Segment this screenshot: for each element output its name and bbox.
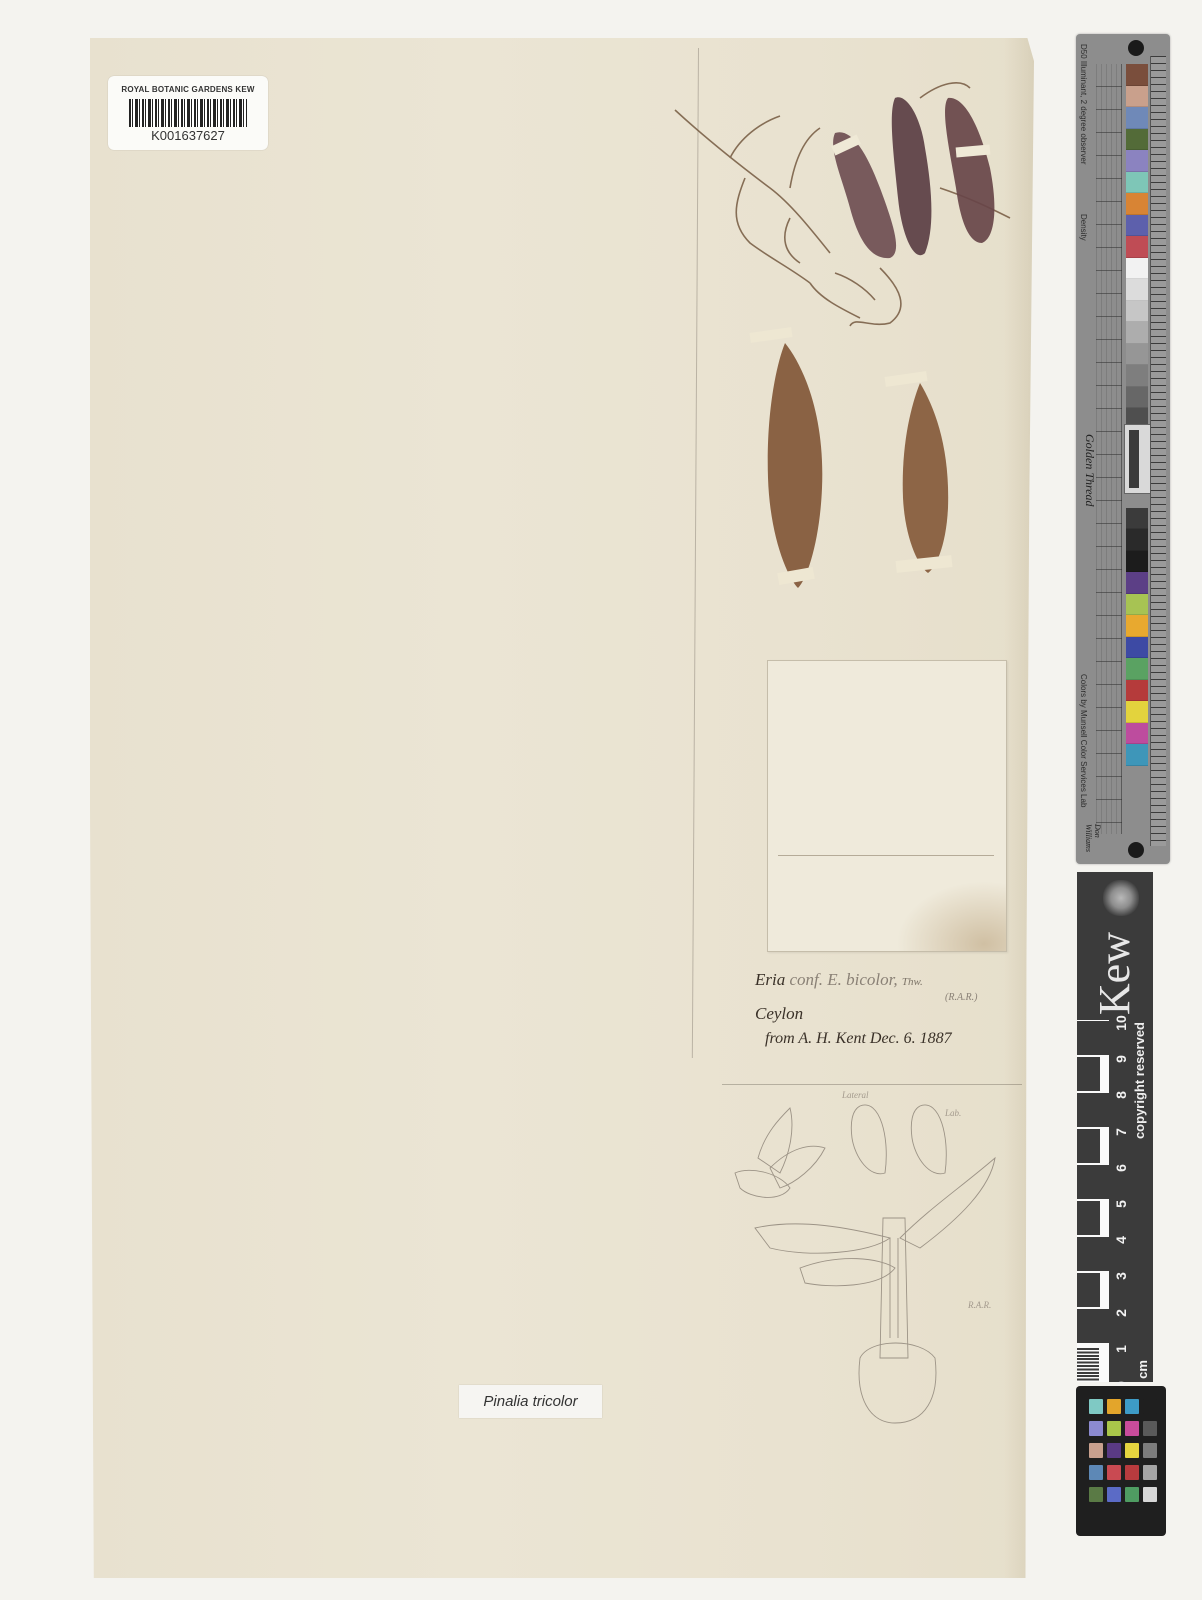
color-chip <box>1089 1421 1103 1436</box>
color-swatch <box>1126 637 1148 659</box>
color-swatch <box>1126 150 1148 172</box>
color-chip <box>1143 1465 1157 1480</box>
color-calibration-chart: D50 Illuminant, 2 degree observer Densit… <box>1076 34 1170 864</box>
color-chip <box>1089 1399 1103 1414</box>
sketch-note-lab: Lab. <box>945 1108 961 1118</box>
scale-subsegment <box>1100 1165 1109 1199</box>
scale-segment <box>1077 1200 1100 1236</box>
color-swatch <box>1126 322 1148 344</box>
scale-number: 9 <box>1113 1051 1129 1067</box>
collector-line: from A. H. Kent Dec. 6. 1887 <box>755 1030 1035 1048</box>
color-chip <box>1089 1465 1103 1480</box>
sheet-edge-shadow <box>1004 38 1034 1578</box>
color-chip <box>1107 1465 1121 1480</box>
color-swatch <box>1126 744 1148 766</box>
scale-segment <box>1077 1164 1100 1200</box>
locality: Ceylon <box>755 1004 1035 1024</box>
millimetre-ticks <box>1077 1348 1099 1382</box>
scale-number: 4 <box>1113 1232 1129 1248</box>
sketch-initials: R.A.R. <box>968 1300 991 1310</box>
chart-focus-bar <box>1129 430 1139 488</box>
color-chip <box>1107 1487 1121 1502</box>
determination-name: Eria conf. E. bicolor, Thw. <box>755 970 1035 990</box>
scale-number: 10 <box>1113 1015 1129 1031</box>
fragment-packet[interactable] <box>767 660 1007 952</box>
color-swatch <box>1126 236 1148 258</box>
pencil-ruled-line-horizontal <box>722 1084 1022 1085</box>
determination-genus: Eria <box>755 970 785 989</box>
color-swatch <box>1126 701 1148 723</box>
color-swatch <box>1126 387 1148 409</box>
scale-unit: cm <box>1135 1360 1150 1379</box>
packet-stain <box>896 881 1006 951</box>
chart-data-columns <box>1096 64 1122 834</box>
chart-focus-target <box>1124 424 1152 494</box>
scale-subsegment <box>1100 1021 1109 1055</box>
color-swatch <box>1126 258 1148 280</box>
chart-caption-density: Density <box>1079 214 1088 241</box>
scale-segment <box>1077 1128 1100 1164</box>
color-swatch <box>1126 680 1148 702</box>
pencil-ruled-line-vertical <box>692 48 699 1058</box>
centimetre-scale <box>1077 1020 1109 1382</box>
color-chip <box>1125 1487 1139 1502</box>
color-chip <box>1143 1421 1157 1436</box>
leaf-icon <box>750 327 953 588</box>
determination-authority: Thw. <box>902 976 923 988</box>
color-swatch <box>1126 344 1148 366</box>
chart-hole-bottom-icon <box>1128 842 1144 858</box>
kew-scale-bar: Kew copyright reserved 012345678910 cm <box>1077 872 1153 1382</box>
chart-ruler <box>1150 56 1166 846</box>
color-swatch <box>1126 193 1148 215</box>
color-swatch <box>1126 64 1148 86</box>
barcode-icon <box>129 99 247 127</box>
institution-name: ROYAL BOTANIC GARDENS KEW <box>108 85 268 94</box>
sketch-note-lateral: Lateral <box>842 1090 869 1100</box>
scale-number: 1 <box>1113 1341 1129 1357</box>
chart-caption-munsell: Colors by Munsell Color Services Lab <box>1079 674 1088 807</box>
packet-flap-fold <box>778 855 994 856</box>
color-chip <box>1089 1443 1103 1458</box>
herbarium-sheet: ROYAL BOTANIC GARDENS KEW K001637627 <box>90 38 1034 1578</box>
scale-number: 7 <box>1113 1124 1129 1140</box>
checker-grid <box>1089 1399 1157 1502</box>
color-chip <box>1143 1487 1157 1502</box>
color-chip <box>1125 1465 1139 1480</box>
color-swatch <box>1126 279 1148 301</box>
color-swatch <box>1126 107 1148 129</box>
taxon-name-label: Pinalia tricolor <box>459 1385 602 1418</box>
barcode-label: ROYAL BOTANIC GARDENS KEW K001637627 <box>108 76 268 150</box>
scale-segment <box>1077 1236 1100 1272</box>
color-chip <box>1107 1399 1121 1414</box>
color-swatch <box>1126 551 1148 573</box>
chart-brand: Golden Thread <box>1082 434 1097 507</box>
color-swatch <box>1126 172 1148 194</box>
scale-segment <box>1077 1056 1100 1092</box>
scale-segment <box>1077 1020 1100 1056</box>
color-chip <box>1143 1443 1157 1458</box>
color-swatch <box>1126 508 1148 530</box>
color-swatch <box>1126 215 1148 237</box>
determination-conf: conf. E. bicolor, <box>789 970 897 989</box>
royal-crest-icon <box>1103 880 1139 916</box>
pseudobulb-icon <box>831 97 994 258</box>
color-chip <box>1125 1421 1139 1436</box>
color-swatch <box>1126 365 1148 387</box>
scale-subsegment <box>1100 1093 1109 1127</box>
scale-number: 5 <box>1113 1196 1129 1212</box>
color-chip <box>1107 1421 1121 1436</box>
scale-segment <box>1077 1308 1100 1344</box>
color-chip <box>1125 1399 1139 1414</box>
scale-number: 2 <box>1113 1305 1129 1321</box>
chart-caption-illuminant: D50 Illuminant, 2 degree observer <box>1079 44 1088 165</box>
scale-number: 3 <box>1113 1268 1129 1284</box>
color-swatch <box>1126 301 1148 323</box>
scale-segment <box>1077 1092 1100 1128</box>
color-checker <box>1076 1386 1166 1536</box>
flower-sketch-icon <box>735 1105 995 1423</box>
chart-hole-top-icon <box>1128 40 1144 56</box>
color-swatch <box>1126 723 1148 745</box>
scale-number: 6 <box>1113 1160 1129 1176</box>
taxon-name: Pinalia tricolor <box>483 1393 577 1410</box>
barcode-number: K001637627 <box>108 128 268 143</box>
color-chip <box>1089 1487 1103 1502</box>
color-swatch <box>1126 615 1148 637</box>
color-swatch <box>1126 658 1148 680</box>
color-chip <box>1143 1399 1157 1414</box>
scale-number: 8 <box>1113 1087 1129 1103</box>
color-swatch <box>1126 129 1148 151</box>
chart-swatch-strip <box>1126 64 1148 766</box>
color-chip <box>1125 1443 1139 1458</box>
color-swatch <box>1126 594 1148 616</box>
color-swatch <box>1126 86 1148 108</box>
kew-logo: Kew <box>1093 932 1137 1015</box>
scale-segment <box>1077 1272 1100 1308</box>
color-swatch <box>1126 572 1148 594</box>
handwritten-determination: Eria conf. E. bicolor, Thw. (R.A.R.) Cey… <box>755 970 1035 1048</box>
scale-subsegment <box>1100 1237 1109 1271</box>
roots-icon <box>675 83 1010 326</box>
color-chip <box>1107 1443 1121 1458</box>
copyright-notice: copyright reserved <box>1132 1022 1147 1139</box>
determiner-initials: (R.A.R.) <box>945 992 978 1003</box>
scale-subsegment <box>1100 1309 1109 1343</box>
color-swatch <box>1126 529 1148 551</box>
